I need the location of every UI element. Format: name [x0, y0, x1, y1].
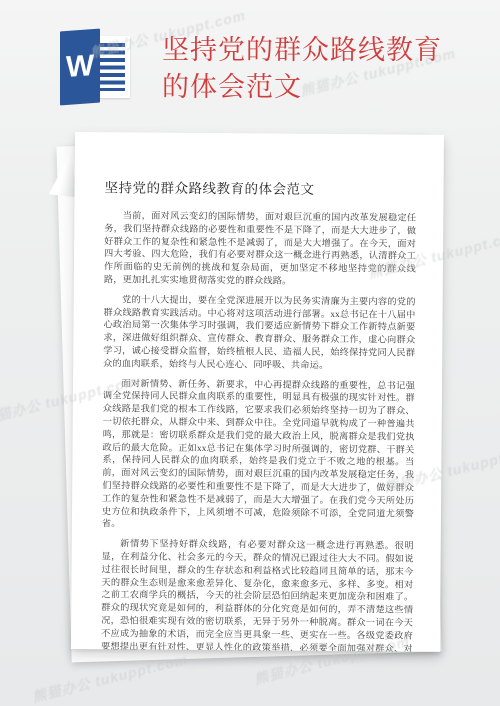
doc-paragraph-3: 面对新情势、新任务、新要求，中心再提群众线路的重要性，总书记强调全党保持同人民群…	[102, 377, 415, 533]
page-background: W 坚持党的群众路线教育 的体会范文 坚持党的群众路线教育的体会范文 当前，面对…	[0, 0, 500, 706]
word-icon-letter: W	[60, 29, 100, 106]
document-preview-page[interactable]: 坚持党的群众路线教育的体会范文 当前，面对风云变幻的国际情势，面对艰巨沉重的国内…	[71, 132, 444, 652]
doc-paragraph-1: 当前，面对风云变幻的国际情势，面对艰巨沉重的国内改革发展稳定任务，我们坚持群众线…	[104, 209, 417, 288]
doc-title: 坚持党的群众路线教育的体会范文	[104, 176, 416, 198]
doc-paragraph-2: 党的十八大提出，要在全党深进展开以为民务实清廉为主要内容的党的群众线路教育实践活…	[103, 293, 416, 372]
page-title-line2: 的体会范文	[162, 69, 442, 106]
word-icon-text-lines	[98, 43, 125, 91]
document-content: 坚持党的群众路线教育的体会范文 当前，面对风云变幻的国际情势，面对艰巨沉重的国内…	[101, 176, 417, 652]
page-title: 坚持党的群众路线教育 的体会范文	[162, 30, 442, 106]
doc-paragraph-4: 新情势下坚持好群众线路，有必要对群众这一概念进行再熟悉。很明显，在利益分化、社会…	[101, 537, 414, 652]
word-file-icon: W	[60, 30, 132, 104]
document-header: W 坚持党的群众路线教育 的体会范文	[60, 30, 442, 106]
page-title-line1: 坚持党的群众路线教育	[162, 32, 442, 69]
